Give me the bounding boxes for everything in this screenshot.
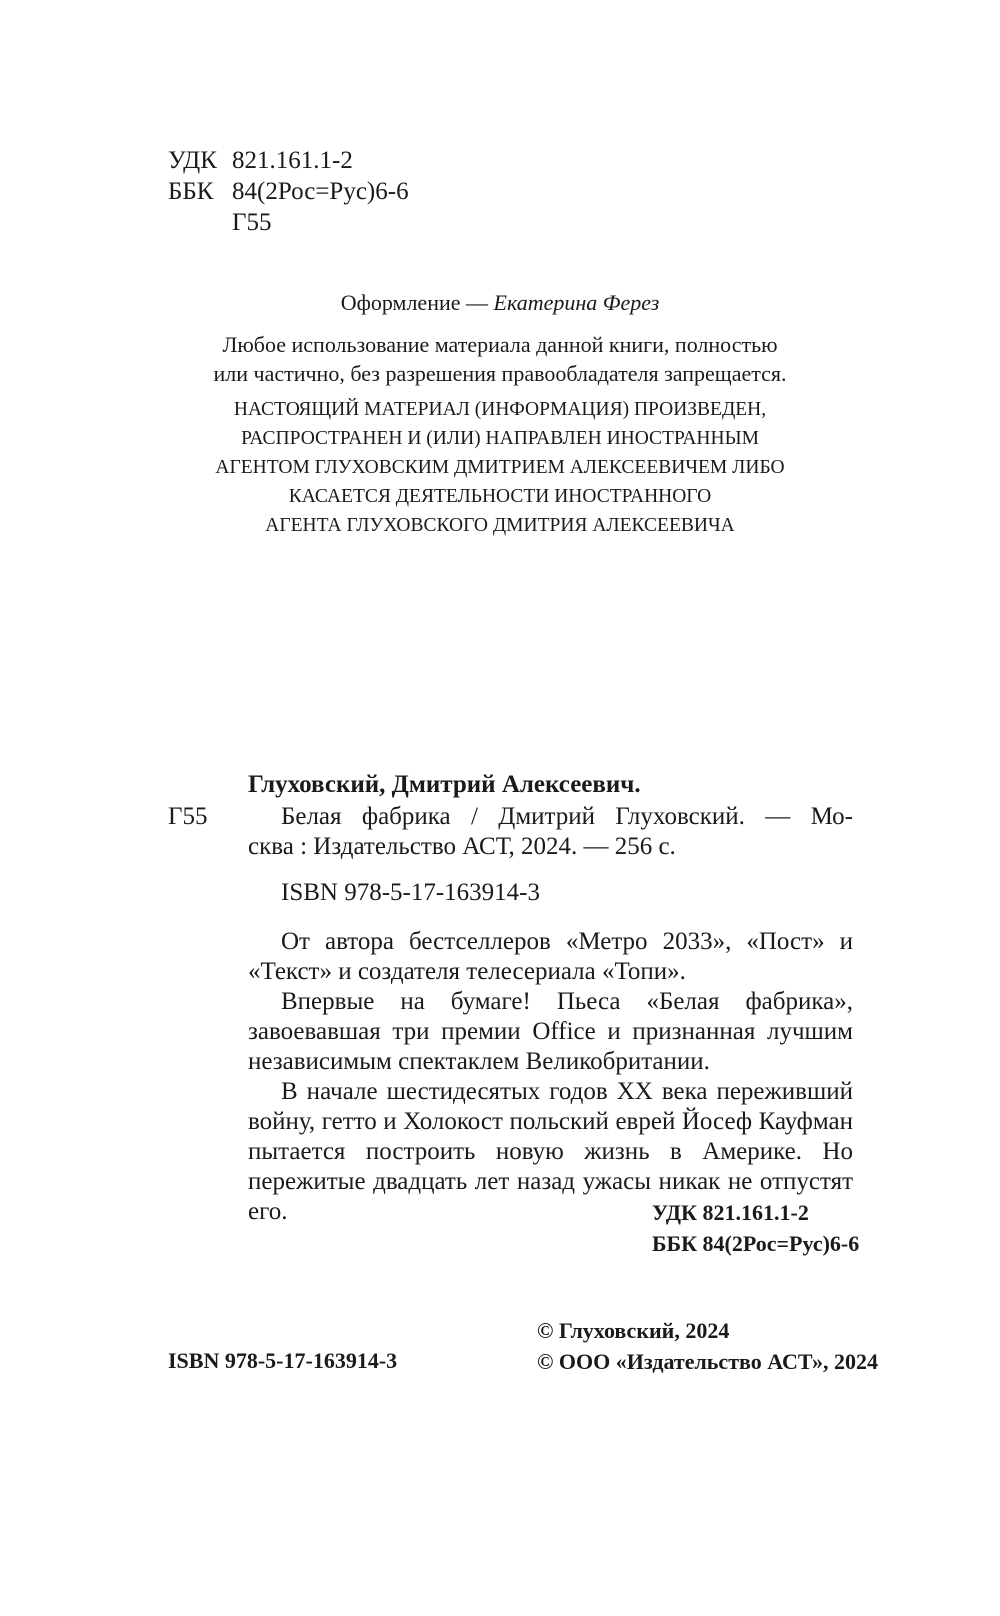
card-isbn: ISBN 978-5-17-163914-3 (281, 878, 540, 908)
classification-codes-top: УДК 821.161.1-2 ББК 84(2Рос=Рус)6-6 Г55 (168, 146, 409, 239)
bbk-value: 84(2Рос=Рус)6-6 (232, 177, 409, 208)
copyright-author: © Глуховский, 2024 (537, 1316, 878, 1347)
design-credit: Оформление — Екатерина Ферез (0, 288, 1000, 317)
agent-notice-line: АГЕНТА ГЛУХОВСКОГО ДМИТРИЯ АЛЕКСЕЕВИЧА (0, 511, 1000, 540)
udk-row: УДК 821.161.1-2 (168, 146, 409, 177)
bbk-label: ББК (168, 177, 232, 208)
copyright-lines: © Глуховский, 2024 © ООО «Издательство А… (537, 1316, 878, 1378)
bbk-row: ББК 84(2Рос=Рус)6-6 (168, 177, 409, 208)
author-sign-row: Г55 (168, 208, 409, 239)
designer-name: Екатерина Ферез (494, 290, 660, 315)
annotation-paragraph: Впервые на бумаге! Пьеса «Белая фабрика»… (248, 987, 853, 1077)
copyright-notice-line: Любое использование материала данной кни… (0, 330, 1000, 359)
agent-notice-line: РАСПРОСТРАНЕН И (ИЛИ) НАПРАВЛЕН ИНОСТРАН… (0, 424, 1000, 453)
author-sign: Г55 (232, 208, 271, 239)
foreign-agent-notice: НАСТОЯЩИЙ МАТЕРИАЛ (ИНФОРМАЦИЯ) ПРОИЗВЕД… (0, 395, 1000, 540)
bbk-code: ББК 84(2Рос=Рус)6-6 (652, 1229, 859, 1260)
footer-isbn: ISBN 978-5-17-163914-3 (168, 1346, 397, 1375)
copyright-notice: Любое использование материала данной кни… (0, 330, 1000, 388)
agent-notice-line: АГЕНТОМ ГЛУХОВСКИМ ДМИТРИЕМ АЛЕКСЕЕВИЧЕМ… (0, 453, 1000, 482)
udk-label: УДК (168, 146, 232, 177)
bib-line: Белая фабрика / Дмитрий Глуховский. — Мо… (248, 802, 853, 832)
card-author-sign: Г55 (168, 802, 207, 832)
agent-notice-line: НАСТОЯЩИЙ МАТЕРИАЛ (ИНФОРМАЦИЯ) ПРОИЗВЕД… (0, 395, 1000, 424)
copyright-publisher: © ООО «Издательство АСТ», 2024 (537, 1347, 878, 1378)
annotation-paragraph: От автора бестселлеров «Метро 2033», «По… (248, 927, 853, 987)
classification-codes-bottom: УДК 821.161.1-2 ББК 84(2Рос=Рус)6-6 (652, 1198, 859, 1260)
bibliographic-description: Белая фабрика / Дмитрий Глуховский. — Мо… (248, 802, 853, 862)
agent-notice-line: КАСАЕТСЯ ДЕЯТЕЛЬНОСТИ ИНОСТРАННОГО (0, 482, 1000, 511)
udk-code: УДК 821.161.1-2 (652, 1198, 859, 1229)
annotation: От автора бестселлеров «Метро 2033», «По… (248, 927, 853, 1227)
bib-line: сква : Издательство АСТ, 2024. — 256 с. (248, 832, 853, 862)
author-heading: Глуховский, Дмитрий Алексеевич. (248, 770, 641, 800)
design-credit-label: Оформление — (341, 290, 494, 315)
udk-value: 821.161.1-2 (232, 146, 353, 177)
copyright-notice-line: или частично, без разрешения правооблада… (0, 359, 1000, 388)
